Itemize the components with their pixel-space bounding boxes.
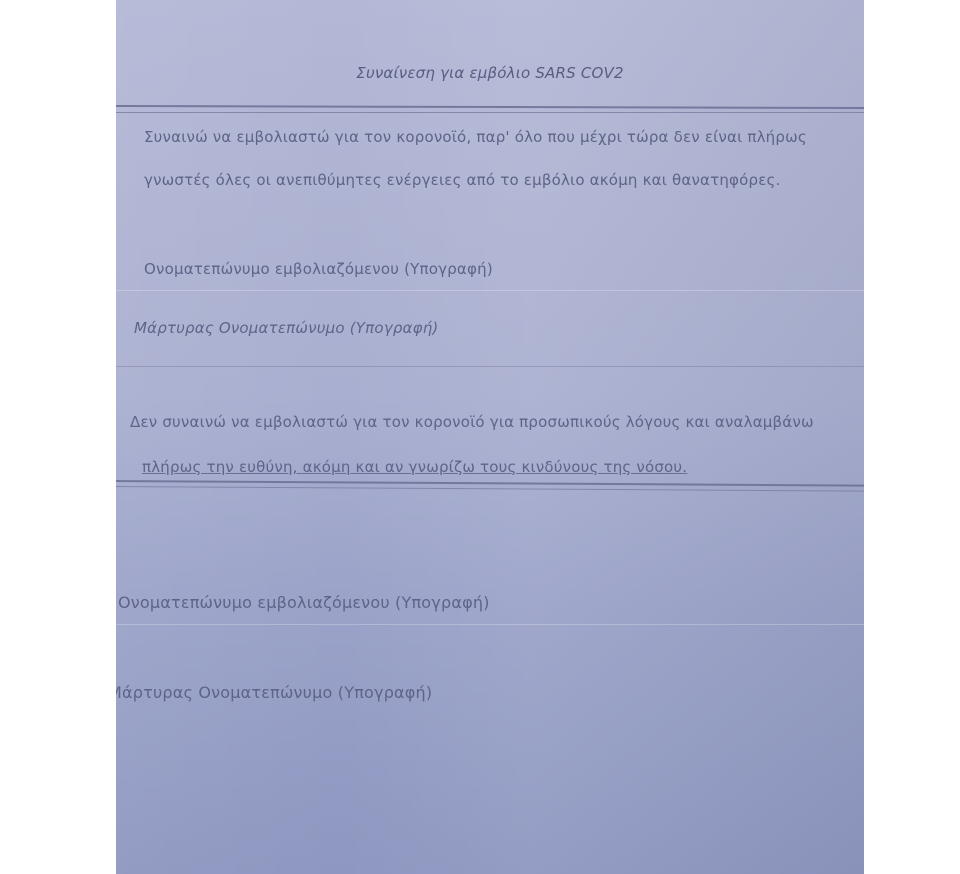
consent-vaccinee-signature-label: Ονοματεπώνυμο εμβολιαζόμενου (Υπογραφή) (144, 260, 493, 278)
paper-fold (116, 624, 864, 625)
title-divider-secondary (116, 112, 864, 113)
consent-form-page: Συναίνεση για εμβόλιο SARS COV2 Συναινώ … (116, 0, 864, 874)
refusal-divider-secondary (116, 486, 864, 492)
section-divider (116, 366, 864, 367)
consent-statement-line-1: Συναινώ να εμβολιαστώ για τον κορονοϊό, … (144, 128, 807, 146)
consent-statement-line-2: γνωστές όλες οι ανεπιθύμητες ενέργειες α… (144, 171, 781, 189)
paper-fold (116, 290, 864, 291)
refusal-statement-line-2: πλήρως την ευθύνη, ακόμη και αν γνωρίζω … (142, 458, 687, 476)
refusal-statement-line-1: Δεν συναινώ να εμβολιαστώ για τον κορονο… (130, 413, 814, 431)
title-divider (116, 105, 864, 109)
refusal-vaccinee-signature-label: Ονοματεπώνυμο εμβολιαζόμενου (Υπογραφή) (118, 593, 490, 612)
refusal-divider (116, 480, 864, 487)
refusal-witness-signature-label: Μάρτυρας Ονοματεπώνυμο (Υπογραφή) (116, 683, 432, 702)
document-title: Συναίνεση για εμβόλιο SARS COV2 (116, 64, 864, 82)
consent-witness-signature-label: Μάρτυρας Ονοματεπώνυμο (Υπογραφή) (134, 319, 438, 337)
